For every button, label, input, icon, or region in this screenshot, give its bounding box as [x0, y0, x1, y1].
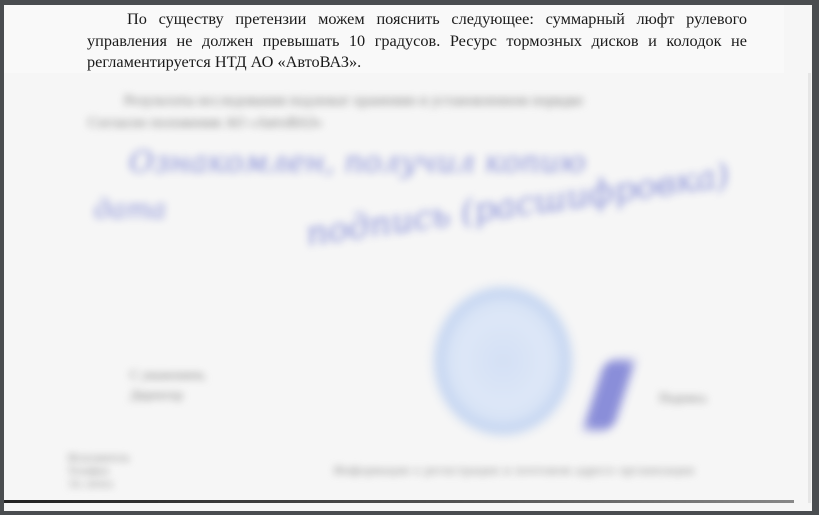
paragraph-line: регламентируется НТД АО «АвтоВАЗ». [87, 51, 747, 73]
document-page: По существу претензии можем пояснить сле… [4, 5, 812, 511]
signature-title-line: С уважением, [130, 367, 206, 383]
footer-left-line: Исполнитель [68, 452, 130, 464]
page-edge [808, 73, 811, 503]
paragraph-line: управления не должен превышать 10 градус… [87, 30, 747, 52]
footer-left-line: Телефон [68, 465, 108, 477]
stamp-seal-icon [434, 287, 572, 435]
signature-name: Подпись [659, 390, 707, 406]
blurred-paragraph-line: Согласно положения АО «АвтоВАЗ» [88, 115, 323, 132]
paragraph-line: По существу претензии можем пояснить сле… [87, 8, 747, 30]
main-paragraph: По существу претензии можем пояснить сле… [87, 8, 747, 73]
signature-title-line: Директор [130, 387, 183, 403]
footer-left-line: Эл. почта [68, 478, 113, 490]
footer-right-text: Информация о регистрации и почтовом адре… [334, 463, 695, 478]
handwritten-note: Ознакомлен, получил копию [129, 145, 586, 180]
signature-mark [583, 360, 636, 430]
blurred-paragraph-line: Результаты исследования подлежат хранени… [124, 93, 583, 110]
page-bottom-edge [4, 500, 794, 503]
handwritten-date: дата [94, 195, 166, 225]
